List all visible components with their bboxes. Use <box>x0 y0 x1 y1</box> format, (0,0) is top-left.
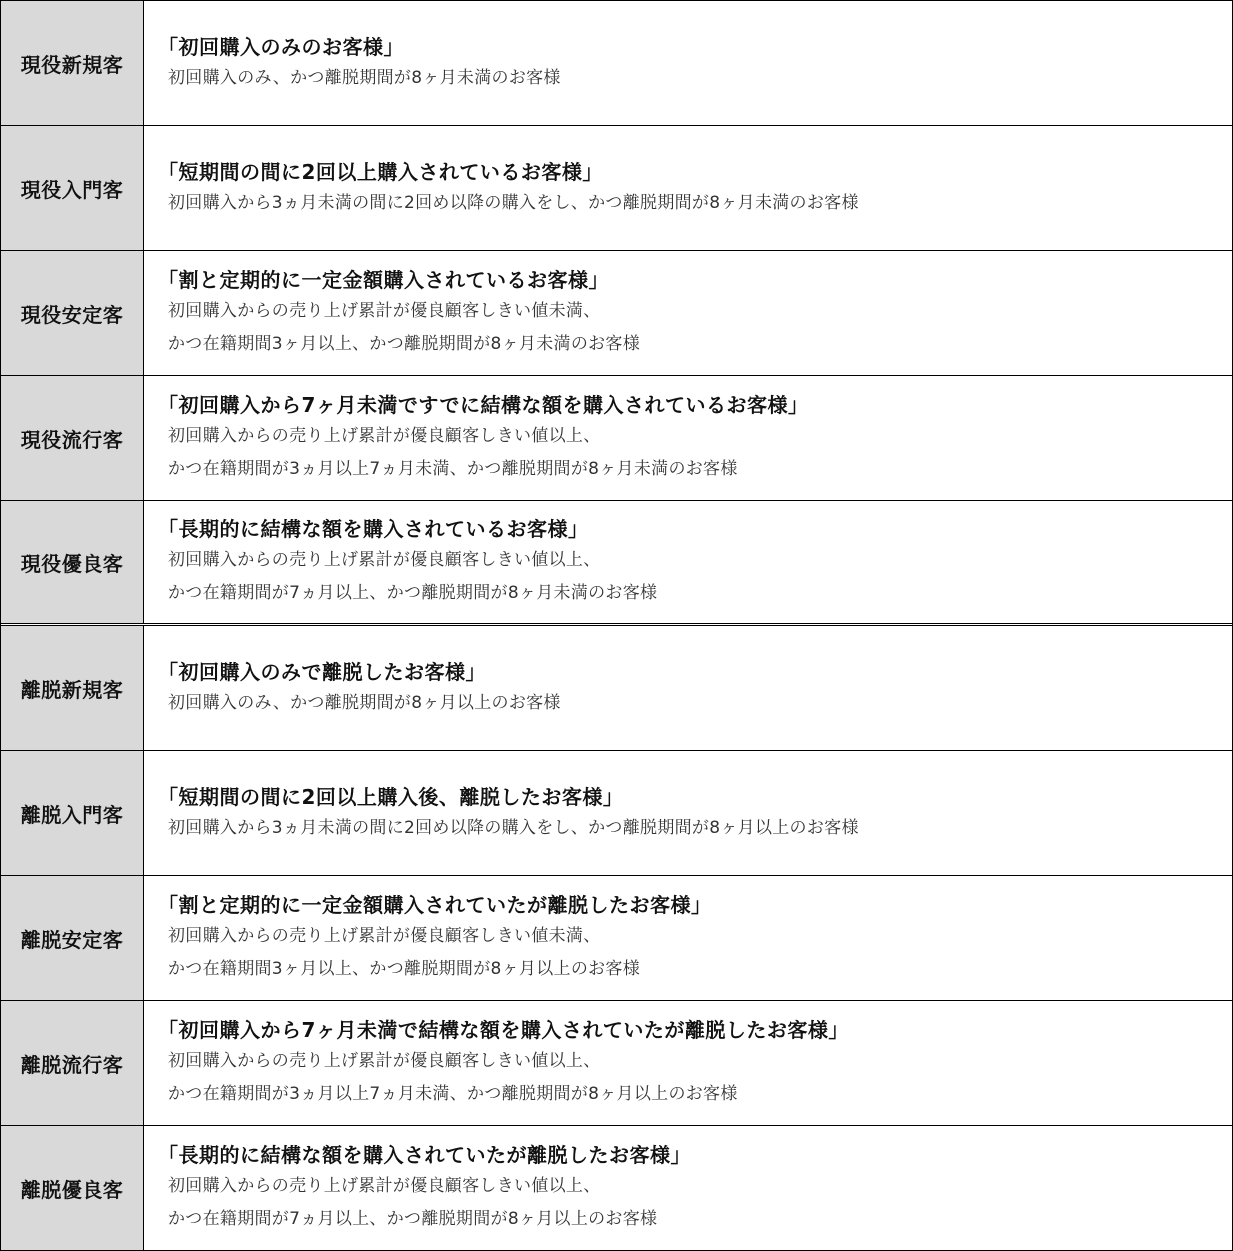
segment-label: 現役入門客 <box>1 126 144 250</box>
segment-row-active-entry: 現役入門客 「短期間の間に2回以上購入されているお客様」 初回購入から3ヵ月未満… <box>1 126 1232 251</box>
segment-headline: 「短期間の間に2回以上購入後、離脱したお客様」 <box>158 782 1232 812</box>
segment-description-line: 初回購入からの売り上げ累計が優良顧客しきい値以上、 <box>168 544 1232 577</box>
segment-description-line: 初回購入のみ、かつ離脱期間が8ヶ月未満のお客様 <box>168 62 1232 95</box>
segment-headline: 「割と定期的に一定金額購入されているお客様」 <box>158 265 1232 295</box>
segment-content: 「長期的に結構な額を購入されているお客様」 初回購入からの売り上げ累計が優良顧客… <box>144 501 1232 623</box>
segment-content: 「割と定期的に一定金額購入されていたが離脱したお客様」 初回購入からの売り上げ累… <box>144 876 1232 1000</box>
segment-description-line: かつ在籍期間3ヶ月以上、かつ離脱期間が8ヶ月以上のお客様 <box>168 953 1232 986</box>
segment-row-active-new: 現役新規客 「初回購入のみのお客様」 初回購入のみ、かつ離脱期間が8ヶ月未満のお… <box>1 1 1232 126</box>
segment-content: 「短期間の間に2回以上購入後、離脱したお客様」 初回購入から3ヵ月未満の間に2回… <box>144 751 1232 875</box>
segment-label: 現役流行客 <box>1 376 144 500</box>
segment-label: 現役安定客 <box>1 251 144 375</box>
segment-row-active-stable: 現役安定客 「割と定期的に一定金額購入されているお客様」 初回購入からの売り上げ… <box>1 251 1232 376</box>
segment-description-line: 初回購入から3ヵ月未満の間に2回め以降の購入をし、かつ離脱期間が8ヶ月以上のお客… <box>168 812 1232 845</box>
segment-row-churned-new: 離脱新規客 「初回購入のみで離脱したお客様」 初回購入のみ、かつ離脱期間が8ヶ月… <box>1 626 1232 751</box>
segment-description-line: 初回購入からの売り上げ累計が優良顧客しきい値未満、 <box>168 295 1232 328</box>
segment-content: 「割と定期的に一定金額購入されているお客様」 初回購入からの売り上げ累計が優良顧… <box>144 251 1232 375</box>
segment-headline: 「初回購入のみで離脱したお客様」 <box>158 657 1232 687</box>
segment-description-line: かつ在籍期間が3ヵ月以上7ヵ月未満、かつ離脱期間が8ヶ月以上のお客様 <box>168 1078 1232 1111</box>
segment-description-line: 初回購入からの売り上げ累計が優良顧客しきい値未満、 <box>168 920 1232 953</box>
segment-description-line: 初回購入からの売り上げ累計が優良顧客しきい値以上、 <box>168 420 1232 453</box>
segment-label: 現役優良客 <box>1 501 144 623</box>
segment-row-active-loyal: 現役優良客 「長期的に結構な額を購入されているお客様」 初回購入からの売り上げ累… <box>1 501 1232 626</box>
segment-description-line: かつ在籍期間が7ヵ月以上、かつ離脱期間が8ヶ月以上のお客様 <box>168 1203 1232 1236</box>
segment-content: 「長期的に結構な額を購入されていたが離脱したお客様」 初回購入からの売り上げ累計… <box>144 1126 1232 1250</box>
segment-headline: 「割と定期的に一定金額購入されていたが離脱したお客様」 <box>158 890 1232 920</box>
segment-label: 現役新規客 <box>1 1 144 125</box>
segment-description-line: 初回購入から3ヵ月未満の間に2回め以降の購入をし、かつ離脱期間が8ヶ月未満のお客… <box>168 187 1232 220</box>
segment-content: 「初回購入のみのお客様」 初回購入のみ、かつ離脱期間が8ヶ月未満のお客様 <box>144 1 1232 125</box>
segment-headline: 「長期的に結構な額を購入されていたが離脱したお客様」 <box>158 1140 1232 1170</box>
segment-headline: 「初回購入のみのお客様」 <box>158 32 1232 62</box>
segment-label: 離脱新規客 <box>1 626 144 750</box>
segment-row-churned-stable: 離脱安定客 「割と定期的に一定金額購入されていたが離脱したお客様」 初回購入から… <box>1 876 1232 1001</box>
segment-headline: 「長期的に結構な額を購入されているお客様」 <box>158 514 1232 544</box>
segment-label: 離脱優良客 <box>1 1126 144 1250</box>
segment-description-line: 初回購入のみ、かつ離脱期間が8ヶ月以上のお客様 <box>168 687 1232 720</box>
segment-row-churned-entry: 離脱入門客 「短期間の間に2回以上購入後、離脱したお客様」 初回購入から3ヵ月未… <box>1 751 1232 876</box>
segment-label: 離脱入門客 <box>1 751 144 875</box>
segment-row-churned-loyal: 離脱優良客 「長期的に結構な額を購入されていたが離脱したお客様」 初回購入からの… <box>1 1126 1232 1251</box>
customer-segment-table: 現役新規客 「初回購入のみのお客様」 初回購入のみ、かつ離脱期間が8ヶ月未満のお… <box>0 0 1233 1251</box>
segment-headline: 「初回購入から7ヶ月未満で結構な額を購入されていたが離脱したお客様」 <box>158 1015 1232 1045</box>
segment-content: 「初回購入のみで離脱したお客様」 初回購入のみ、かつ離脱期間が8ヶ月以上のお客様 <box>144 626 1232 750</box>
segment-description-line: かつ在籍期間が3ヵ月以上7ヵ月未満、かつ離脱期間が8ヶ月未満のお客様 <box>168 453 1232 486</box>
segment-row-churned-trend: 離脱流行客 「初回購入から7ヶ月未満で結構な額を購入されていたが離脱したお客様」… <box>1 1001 1232 1126</box>
segment-headline: 「短期間の間に2回以上購入されているお客様」 <box>158 157 1232 187</box>
segment-content: 「初回購入から7ヶ月未満ですでに結構な額を購入されているお客様」 初回購入からの… <box>144 376 1232 500</box>
segment-description-line: かつ在籍期間が7ヵ月以上、かつ離脱期間が8ヶ月未満のお客様 <box>168 577 1232 610</box>
segment-content: 「短期間の間に2回以上購入されているお客様」 初回購入から3ヵ月未満の間に2回め… <box>144 126 1232 250</box>
segment-content: 「初回購入から7ヶ月未満で結構な額を購入されていたが離脱したお客様」 初回購入か… <box>144 1001 1232 1125</box>
segment-description-line: 初回購入からの売り上げ累計が優良顧客しきい値以上、 <box>168 1170 1232 1203</box>
segment-headline: 「初回購入から7ヶ月未満ですでに結構な額を購入されているお客様」 <box>158 390 1232 420</box>
segment-row-active-trend: 現役流行客 「初回購入から7ヶ月未満ですでに結構な額を購入されているお客様」 初… <box>1 376 1232 501</box>
segment-description-line: 初回購入からの売り上げ累計が優良顧客しきい値以上、 <box>168 1045 1232 1078</box>
segment-label: 離脱流行客 <box>1 1001 144 1125</box>
segment-description-line: かつ在籍期間3ヶ月以上、かつ離脱期間が8ヶ月未満のお客様 <box>168 328 1232 361</box>
segment-label: 離脱安定客 <box>1 876 144 1000</box>
